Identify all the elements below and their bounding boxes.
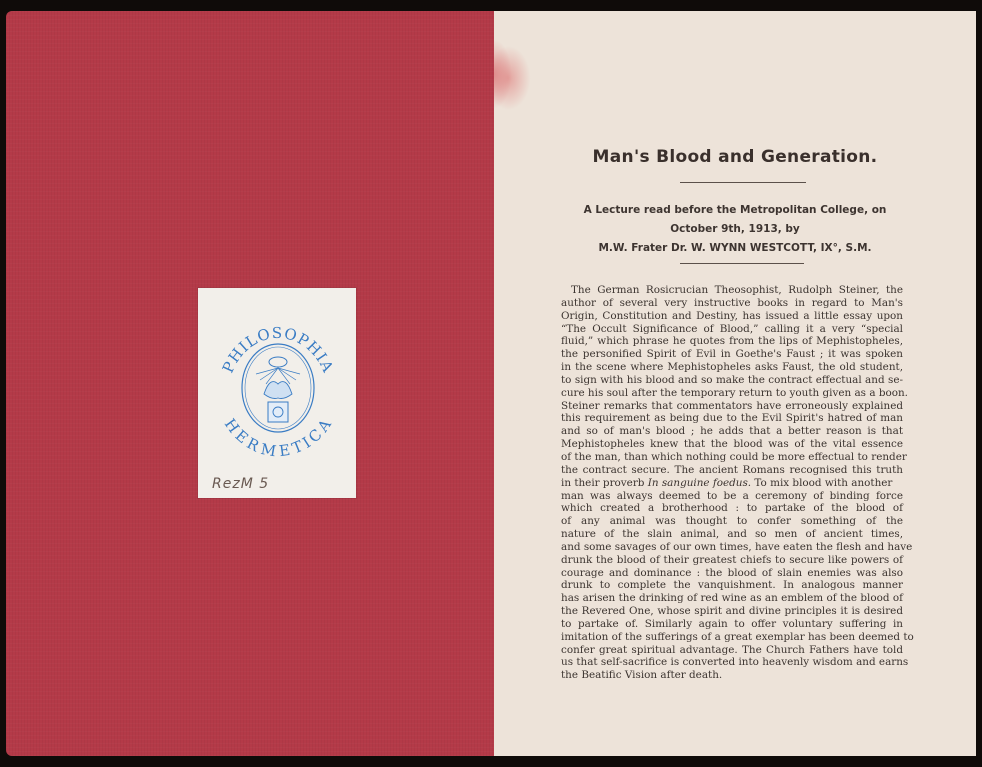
text-line: and some savages of our own times, have … xyxy=(561,541,903,554)
subtitle-line: A Lecture read before the Metropolitan C… xyxy=(494,204,976,216)
text-line: cure his soul after the temporary return… xyxy=(561,387,903,400)
text-line: the contract secure. The ancient Romans … xyxy=(561,464,903,477)
philosophia-hermetica-seal-icon: PHILOSOPHIA HERMETICA xyxy=(216,318,340,458)
text-line: Mephistopheles knew that the blood was o… xyxy=(561,438,903,451)
text-line: the Revered One, whose spirit and divine… xyxy=(561,605,903,618)
text-line: in their proverb In sanguine foedus. To … xyxy=(561,477,903,490)
divider-rule xyxy=(680,182,806,183)
text-line: nature of the slain animal, and so men o… xyxy=(561,528,903,541)
text-line: author of several very instructive books… xyxy=(561,297,903,310)
text-line: fluid,” which phrase he quotes from the … xyxy=(561,335,903,348)
text-line: “The Occult Significance of Blood,” call… xyxy=(561,323,903,336)
text-line: the personified Spirit of Evil in Goethe… xyxy=(561,348,903,361)
text-line: of the man, than which nothing could be … xyxy=(561,451,903,464)
text-line: drunk the blood of their greatest chiefs… xyxy=(561,554,903,567)
subtitle-line: M.W. Frater Dr. W. WYNN WESTCOTT, IX°, S… xyxy=(494,242,976,254)
text-line: which created a brotherhood : to partake… xyxy=(561,502,903,515)
svg-text:PHILOSOPHIA: PHILOSOPHIA xyxy=(219,324,338,376)
shelfmark-handwriting: RezM 5 xyxy=(212,476,269,492)
body-paragraph: The German Rosicrucian Theosophist, Rudo… xyxy=(561,284,903,682)
text-line: courage and dominance : the blood of sla… xyxy=(561,567,903,580)
text-line: and so of man's blood ; he adds that a b… xyxy=(561,425,903,438)
text-line: this requirement as being due to the Evi… xyxy=(561,412,903,425)
back-cover: PHILOSOPHIA HERMETICA RezM 5 xyxy=(6,11,495,756)
text-line: of any animal was thought to confer some… xyxy=(561,515,903,528)
page-title: Man's Blood and Generation. xyxy=(494,147,976,167)
text-line: Origin, Constitution and Destiny, has is… xyxy=(561,310,903,323)
subtitle-line: October 9th, 1913, by xyxy=(494,223,976,235)
text-segment: in their proverb xyxy=(561,477,648,489)
text-line: Steiner remarks that commentators have e… xyxy=(561,400,903,413)
text-line: drunk to complete the vanquishment. In a… xyxy=(561,579,903,592)
text-line: the Beatific Vision after death. xyxy=(561,669,903,682)
text-line: confer great spiritual advantage. The Ch… xyxy=(561,644,903,657)
book-spread: PHILOSOPHIA HERMETICA RezM 5 Man's Blood… xyxy=(0,0,982,767)
text-line: imitation of the sufferings of a great e… xyxy=(561,631,903,644)
text-segment: To mix blood with another xyxy=(751,477,892,489)
text-line: in the scene where Mephistopheles asks F… xyxy=(561,361,903,374)
text-line: to sign with his blood and so make the c… xyxy=(561,374,903,387)
text-line: us that self-sacrifice is converted into… xyxy=(561,656,903,669)
text-line: The German Rosicrucian Theosophist, Rudo… xyxy=(561,284,903,297)
text-line: has arisen the drinking of red wine as a… xyxy=(561,592,903,605)
text-page: Man's Blood and Generation. A Lecture re… xyxy=(494,11,976,756)
divider-rule xyxy=(680,263,804,264)
red-stain xyxy=(494,39,512,109)
bookplate: PHILOSOPHIA HERMETICA RezM 5 xyxy=(198,288,356,498)
text-line: man was always deemed to be a ceremony o… xyxy=(561,490,903,503)
latin-proverb: In sanguine foedus. xyxy=(648,477,751,489)
text-line: to partake of. Similarly again to offer … xyxy=(561,618,903,631)
